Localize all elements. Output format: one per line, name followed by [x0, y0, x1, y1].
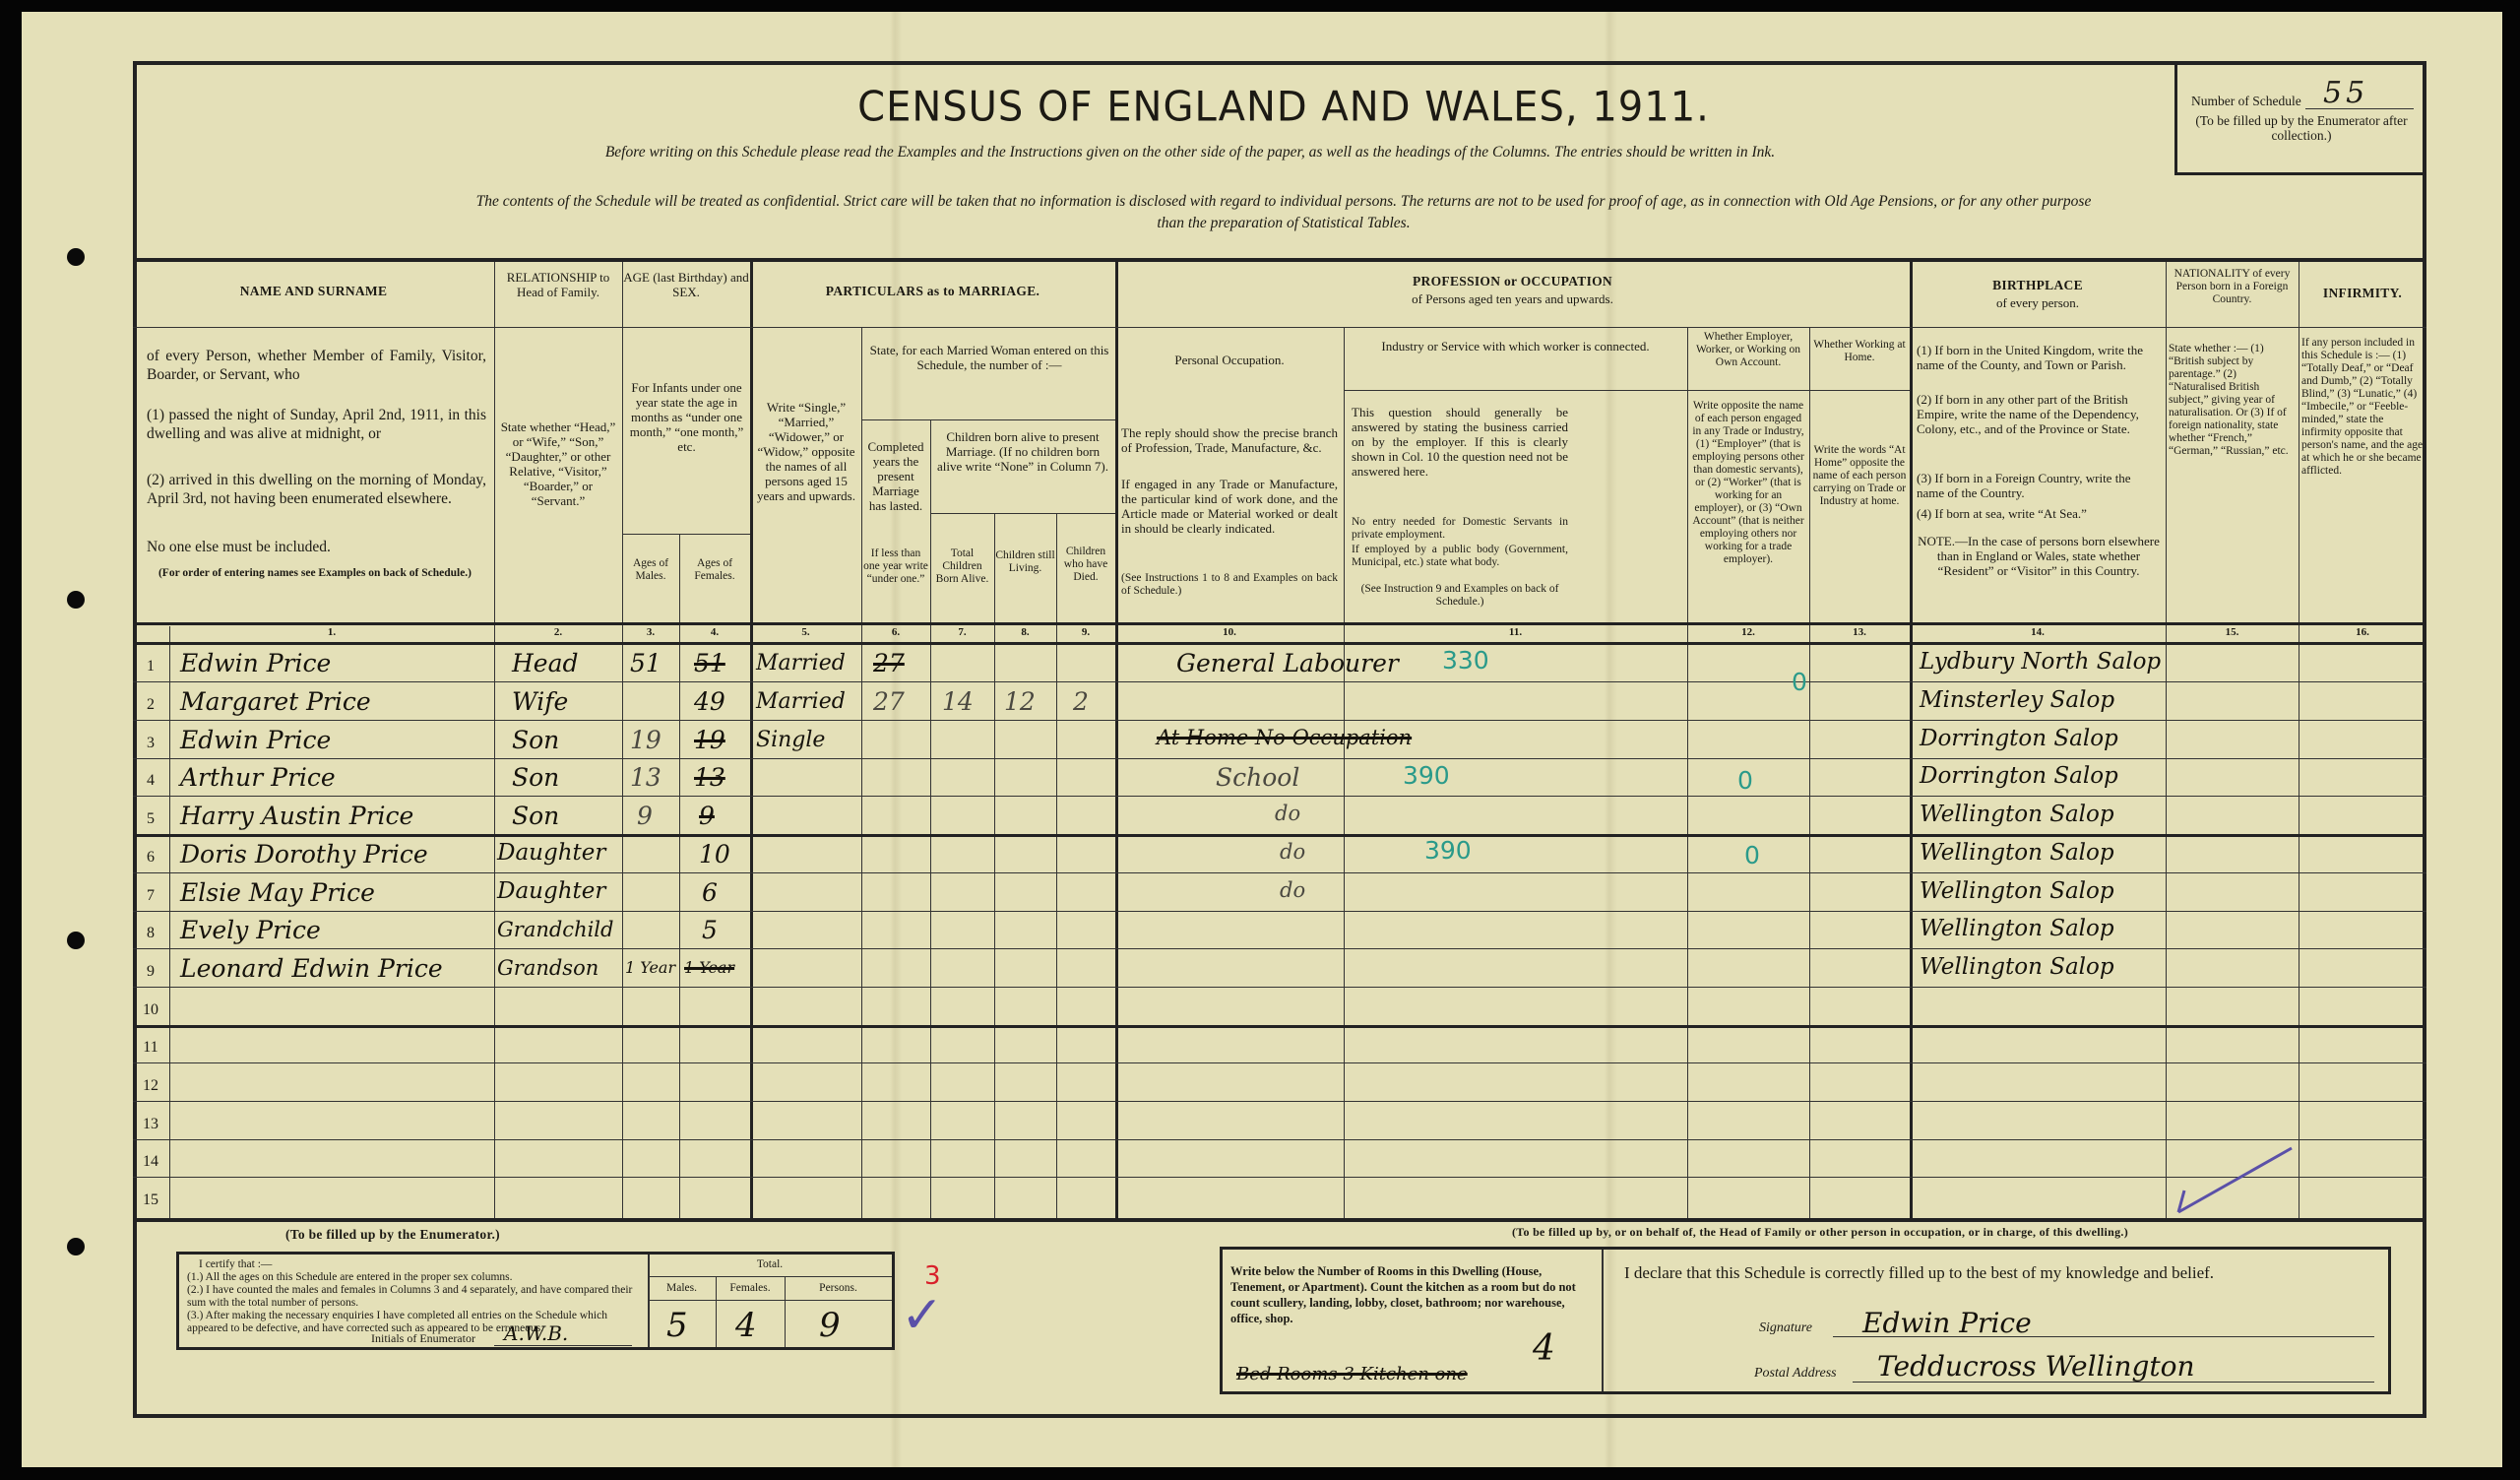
col-birthplace-desc-3: (3) If born in a Foreign Country, write …: [1917, 471, 2161, 500]
col-birthplace-note: NOTE.—In the case of persons born elsewh…: [1917, 534, 2161, 578]
col-number-2: 2.: [494, 626, 622, 638]
entry-employer-code: 0: [1737, 766, 1753, 795]
col-relationship-desc: State whether “Head,” or “Wife,” “Son,” …: [499, 419, 617, 508]
entry-died[interactable]: 2: [1073, 687, 1089, 716]
punch-hole: [67, 248, 85, 266]
entry-age-female-struck[interactable]: 1 Year: [684, 958, 734, 977]
entry-name[interactable]: Doris Dorothy Price: [180, 840, 428, 869]
entry-age-female[interactable]: 6: [702, 878, 718, 907]
entry-name[interactable]: Margaret Price: [180, 687, 371, 716]
entry-relationship[interactable]: Son: [512, 763, 559, 792]
entry-years[interactable]: 27: [873, 687, 905, 716]
enumerator-heading: (To be filled up by the Enumerator.): [196, 1227, 590, 1242]
row-number: 14: [133, 1153, 168, 1171]
col-birthplace-header: BIRTHPLACE: [1910, 278, 2166, 292]
row-number: 13: [133, 1116, 168, 1133]
entry-years-struck[interactable]: 27: [873, 649, 905, 677]
entry-birthplace[interactable]: Lydbury North Salop: [1920, 649, 2161, 675]
entry-age-male[interactable]: 13: [630, 763, 661, 792]
head-section-heading: (To be filled up by, or on behalf of, th…: [1220, 1225, 2421, 1240]
col-infirmity-desc: If any person included in this Schedule …: [2301, 337, 2425, 478]
postal-address-value[interactable]: Tedducross Wellington: [1877, 1350, 2195, 1383]
instruction-line-2: The contents of the Schedule will be tre…: [157, 193, 2411, 211]
entry-occupation-code: 330: [1442, 646, 1489, 675]
col-personal-desc-1: The reply should show the precise branch…: [1121, 425, 1338, 455]
entry-birthplace[interactable]: Wellington Salop: [1920, 840, 2114, 866]
row-number: 8: [133, 925, 168, 942]
entry-occupation[interactable]: do: [1280, 840, 1305, 864]
punch-hole: [67, 932, 85, 949]
instruction-line-2b: than the preparation of Statistical Tabl…: [157, 215, 2411, 232]
col-name-desc-5: (For order of entering names see Example…: [143, 567, 487, 580]
col-age-females: Ages of Females.: [679, 557, 750, 583]
col-still-living: Children still Living.: [994, 549, 1056, 575]
col-number-4: 4.: [679, 626, 750, 638]
col-children-desc: Children born alive to present Marriage.…: [932, 429, 1113, 474]
col-industry-desc-1: This question should generally be answer…: [1352, 405, 1568, 479]
entry-age-female-struck[interactable]: 19: [694, 726, 725, 754]
col-home: Whether Working at Home.: [1811, 339, 1908, 364]
entry-age-female-struck[interactable]: 51: [694, 649, 725, 677]
head-section-box: Write below the Number of Rooms in this …: [1220, 1247, 2391, 1394]
entry-relationship[interactable]: Daughter: [497, 878, 605, 904]
entry-birthplace[interactable]: Wellington Salop: [1920, 878, 2114, 904]
row-number: 3: [133, 735, 168, 752]
red-tally-mark: 3: [924, 1261, 941, 1291]
col-personal-occupation: Personal Occupation.: [1115, 353, 1344, 367]
row-number: 2: [133, 696, 168, 714]
postal-address-label: Postal Address: [1754, 1366, 1837, 1382]
entry-age-male[interactable]: 51: [630, 649, 661, 677]
col-relationship-header: RELATIONSHIP to Head of Family.: [494, 270, 622, 299]
schedule-number-label: Number of Schedule: [2191, 94, 2301, 109]
entry-still-living[interactable]: 12: [1004, 687, 1036, 716]
col-age-desc: For Infants under one year state the age…: [625, 380, 748, 454]
entry-relationship[interactable]: Grandchild: [497, 918, 613, 941]
col-employer-desc: Write opposite the name of each person e…: [1690, 400, 1806, 566]
rooms-count[interactable]: 4: [1533, 1328, 1555, 1369]
col-marital-desc: Write “Single,” “Married,” “Widower,” or…: [753, 400, 859, 503]
entry-occupation-code: 390: [1424, 836, 1472, 865]
entry-age-female-struck[interactable]: 9: [699, 802, 715, 830]
signature-label: Signature: [1759, 1320, 1812, 1336]
row-number: 9: [133, 963, 168, 981]
col-name-desc-3: (2) arrived in this dwelling on the morn…: [147, 471, 486, 508]
row-number: 15: [133, 1191, 168, 1209]
entry-age-male[interactable]: 9: [637, 802, 653, 830]
schedule-number-box: Number of Schedule 55 (To be filled up b…: [2174, 61, 2426, 175]
entry-name[interactable]: Elsie May Price: [180, 878, 375, 907]
males-label: Males.: [648, 1282, 716, 1295]
col-died: Children who have Died.: [1056, 546, 1115, 584]
col-industry: Industry or Service with which worker is…: [1346, 339, 1685, 354]
col-number-12: 12.: [1687, 626, 1809, 638]
col-industry-desc-2: No entry needed for Domestic Servants in…: [1352, 516, 1568, 542]
entry-relationship[interactable]: Wife: [512, 687, 568, 716]
row-number: 4: [133, 772, 168, 790]
col-years-desc: Completed years the present Marriage has…: [863, 439, 928, 513]
col-name-desc-2: (1) passed the night of Sunday, April 2n…: [147, 406, 486, 443]
entry-age-male[interactable]: 1 Year: [625, 958, 675, 977]
check-mark-icon: ✓: [901, 1286, 944, 1345]
form-title: CENSUS OF ENGLAND AND WALES, 1911.: [137, 84, 2430, 131]
enumerator-arrow-icon: [2169, 1143, 2297, 1217]
females-label: Females.: [716, 1282, 785, 1295]
col-birthplace-subheader: of every person.: [1910, 295, 2166, 310]
entry-birthplace[interactable]: Dorrington Salop: [1920, 726, 2118, 751]
schedule-number-note: (To be filled up by the Enumerator after…: [2185, 113, 2418, 143]
entry-occupation-struck[interactable]: At Home No Occupation: [1157, 726, 1412, 749]
initials-label: Initials of Enumerator: [371, 1331, 475, 1346]
row-number: 11: [133, 1039, 168, 1057]
col-age-header: AGE (last Birthday) and SEX.: [622, 270, 750, 299]
entry-age-female[interactable]: 5: [702, 916, 718, 944]
entry-relationship[interactable]: Daughter: [497, 840, 605, 866]
col-number-1: 1.: [169, 626, 494, 638]
col-nationality-desc: State whether :— (1) “British subject by…: [2169, 343, 2295, 458]
certify-item-1: (1.) All the ages on this Schedule are e…: [187, 1271, 640, 1284]
col-number-6: 6.: [861, 626, 930, 638]
col-birthplace-desc-1: (1) If born in the United Kingdom, write…: [1917, 343, 2161, 372]
rooms-instructions: Write below the Number of Rooms in this …: [1230, 1263, 1595, 1326]
row-number: 7: [133, 887, 168, 905]
col-name-desc-4: No one else must be included.: [147, 538, 486, 556]
entry-marital[interactable]: Single: [756, 728, 825, 752]
form-frame: CENSUS OF ENGLAND AND WALES, 1911. Befor…: [133, 61, 2426, 1418]
entry-name[interactable]: Harry Austin Price: [180, 802, 413, 830]
col-occupation-subheader: of Persons aged ten years and upwards.: [1115, 291, 1910, 306]
entry-birthplace[interactable]: Minsterley Salop: [1920, 687, 2114, 713]
entry-name[interactable]: Edwin Price: [180, 726, 331, 754]
col-personal-desc-3: (See Instructions 1 to 8 and Examples on…: [1121, 572, 1338, 598]
entry-birthplace[interactable]: Wellington Salop: [1920, 916, 2114, 941]
row-number: 1: [133, 658, 168, 676]
males-total[interactable]: 5: [666, 1306, 688, 1345]
row-number: 10: [133, 1001, 168, 1019]
col-name-desc-1: of every Person, whether Member of Famil…: [147, 347, 486, 384]
col-birthplace-desc-4: (4) If born at sea, write “At Sea.”: [1917, 506, 2161, 521]
col-industry-desc-4: (See Instruction 9 and Examples on back …: [1352, 583, 1568, 609]
initials-value[interactable]: A.W.B.: [504, 1321, 568, 1345]
entry-relationship[interactable]: Grandson: [497, 956, 598, 980]
col-occupation-header: PROFESSION or OCCUPATION: [1115, 274, 1910, 289]
enumerator-box: I certify that :— (1.) All the ages on t…: [176, 1252, 895, 1350]
entry-home-code: 0: [1792, 668, 1807, 696]
row-number: 12: [133, 1077, 168, 1095]
col-nationality-header: NATIONALITY of every Person born in a Fo…: [2166, 268, 2299, 306]
col-married-woman-desc: State, for each Married Woman entered on…: [866, 343, 1112, 372]
entry-birthplace[interactable]: Dorrington Salop: [1920, 763, 2118, 789]
col-home-desc: Write the words “At Home” opposite the n…: [1811, 444, 1908, 508]
entry-name[interactable]: Evely Price: [180, 916, 321, 944]
col-infirmity-header: INFIRMITY.: [2299, 286, 2426, 300]
entry-age-female[interactable]: 49: [694, 687, 725, 716]
certify-label: I certify that :—: [199, 1258, 272, 1271]
entry-occupation[interactable]: General Labourer: [1176, 649, 1399, 677]
col-industry-desc-3: If employed by a public body (Government…: [1352, 544, 1568, 569]
row-number: 6: [133, 849, 168, 867]
entry-relationship[interactable]: Head: [512, 649, 579, 677]
col-number-15: 15.: [2166, 626, 2299, 638]
col-total-born: Total Children Born Alive.: [930, 547, 994, 586]
instruction-line-1: Before writing on this Schedule please r…: [294, 144, 2086, 161]
punch-hole: [67, 1238, 85, 1255]
entry-age-female[interactable]: 10: [699, 840, 730, 869]
females-total[interactable]: 4: [735, 1306, 757, 1345]
col-number-7: 7.: [930, 626, 994, 638]
certify-item-2: (2.) I have counted the males and female…: [187, 1284, 640, 1310]
entry-age-male[interactable]: 19: [630, 726, 661, 754]
entry-birthplace[interactable]: Wellington Salop: [1920, 954, 2114, 980]
entry-relationship[interactable]: Son: [512, 802, 559, 830]
col-number-9: 9.: [1056, 626, 1115, 638]
col-employer: Whether Employer, Worker, or Working on …: [1690, 331, 1806, 369]
entry-total-born[interactable]: 14: [942, 687, 974, 716]
entry-occupation-code: 390: [1403, 761, 1450, 790]
persons-total[interactable]: 9: [819, 1306, 841, 1345]
entry-age-female-struck[interactable]: 13: [694, 763, 725, 792]
col-number-8: 8.: [994, 626, 1056, 638]
entry-occupation[interactable]: School: [1216, 763, 1299, 792]
punch-hole: [67, 591, 85, 609]
col-number-3: 3.: [622, 626, 679, 638]
entry-relationship[interactable]: Son: [512, 726, 559, 754]
total-label: Total.: [648, 1258, 892, 1271]
census-table: NAME AND SURNAME RELATIONSHIP to Head of…: [133, 258, 2426, 1222]
col-number-16: 16.: [2299, 626, 2426, 638]
rooms-struck-note: Bed Rooms 3 Kitchen one: [1236, 1364, 1468, 1384]
col-number-11: 11.: [1344, 626, 1687, 638]
entry-name[interactable]: Leonard Edwin Price: [180, 954, 443, 983]
persons-label: Persons.: [785, 1282, 892, 1295]
col-number-5: 5.: [750, 626, 861, 638]
declaration-text: I declare that this Schedule is correctl…: [1624, 1263, 2214, 1283]
entry-name[interactable]: Edwin Price: [180, 649, 331, 677]
entry-occupation[interactable]: do: [1275, 802, 1300, 825]
col-marriage-header: PARTICULARS as to MARRIAGE.: [750, 284, 1115, 298]
entry-marital[interactable]: Married: [756, 651, 846, 676]
col-years-note: If less than one year write “under one.”: [863, 547, 928, 586]
entry-employer-code: 0: [1744, 841, 1760, 869]
col-name-header: NAME AND SURNAME: [133, 284, 494, 298]
col-number-13: 13.: [1809, 626, 1910, 638]
entry-occupation[interactable]: do: [1280, 878, 1305, 902]
schedule-number-value[interactable]: 55: [2323, 76, 2368, 110]
col-personal-desc-2: If engaged in any Trade or Manufacture, …: [1121, 477, 1338, 536]
entry-marital[interactable]: Married: [756, 689, 846, 714]
entry-birthplace[interactable]: Wellington Salop: [1920, 802, 2114, 827]
row-number: 5: [133, 810, 168, 828]
col-number-10: 10.: [1115, 626, 1344, 638]
entry-name[interactable]: Arthur Price: [180, 763, 336, 792]
col-number-14: 14.: [1910, 626, 2166, 638]
col-age-males: Ages of Males.: [622, 557, 679, 583]
signature-value[interactable]: Edwin Price: [1862, 1307, 2032, 1339]
col-birthplace-desc-2: (2) If born in any other part of the Bri…: [1917, 392, 2161, 436]
